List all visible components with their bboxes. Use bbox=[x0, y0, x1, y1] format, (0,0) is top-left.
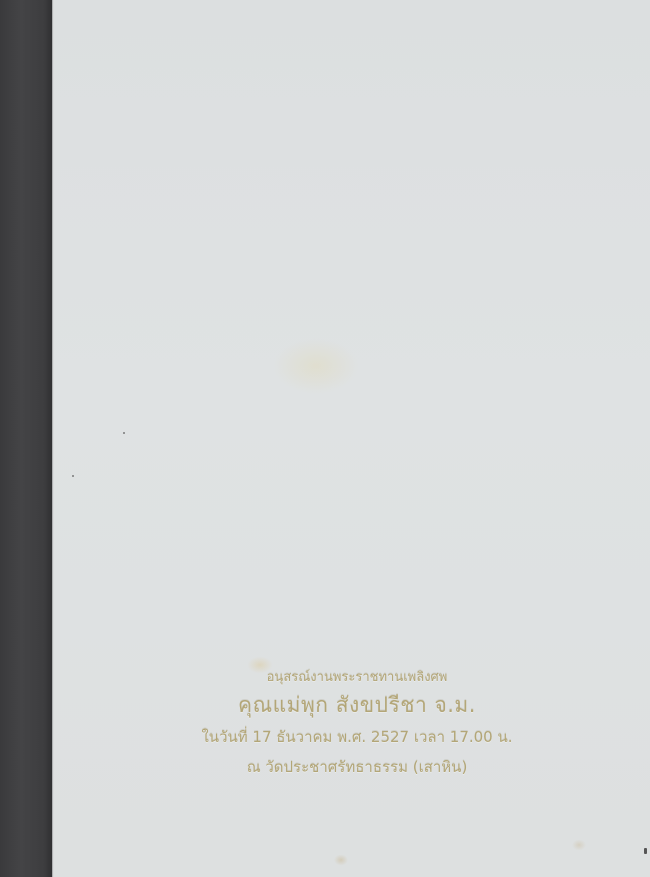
book-spine bbox=[0, 0, 52, 877]
paper-speck bbox=[72, 475, 74, 477]
memorial-imprint: อนุสรณ์งานพระราชทานเพลิงศพ คุณแม่พุก สัง… bbox=[54, 668, 650, 782]
paper-speck bbox=[123, 432, 125, 434]
memorial-title: อนุสรณ์งานพระราชทานเพลิงศพ bbox=[64, 668, 650, 688]
ceremony-date: ในวันที่ 17 ธันวาคม พ.ศ. 2527 เวลา 17.00… bbox=[64, 722, 650, 752]
ceremony-place: ณ วัดประชาศรัทธาธรรม (เสาหิน) bbox=[64, 752, 650, 782]
deceased-name: คุณแม่พุก สังขปรีชา จ.ม. bbox=[64, 688, 650, 722]
book-cover: อนุสรณ์งานพระราชทานเพลิงศพ คุณแม่พุก สัง… bbox=[0, 0, 650, 877]
paper-speck bbox=[644, 848, 647, 854]
